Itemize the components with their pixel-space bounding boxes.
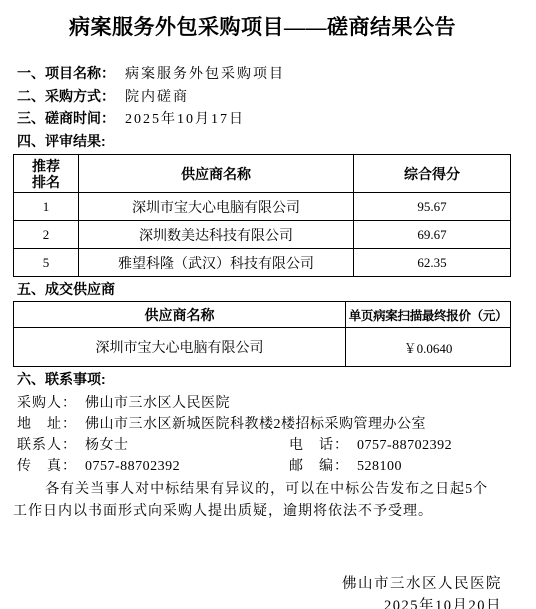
address-row: 地 址： 佛山市三水区新城医院科教楼2楼招标采购管理办公室 — [17, 414, 512, 435]
project-name-label: 一、项目名称： — [17, 63, 115, 85]
fax-label: 传 真： — [17, 456, 77, 477]
supplier-cell: 雅望科隆（武汉）科技有限公司 — [79, 249, 354, 277]
rank-cell: 5 — [14, 249, 79, 277]
buyer-label: 采购人： — [17, 393, 77, 414]
objection-notice: 各有关当事人对中标结果有异议的，可以在中标公告发布之日起5个 工作日内以书面形式… — [13, 479, 512, 523]
objection-notice-line2: 工作日内以书面形式向采购人提出质疑，逾期将依法不予受理。 — [13, 501, 512, 523]
contact-info: 采购人： 佛山市三水区人民医院 地 址： 佛山市三水区新城医院科教楼2楼招标采购… — [13, 393, 512, 477]
signature-org: 佛山市三水区人民医院 — [13, 573, 502, 595]
project-name-line: 一、项目名称： 病案服务外包采购项目 — [13, 63, 512, 86]
address-value: 佛山市三水区新城医院科教楼2楼招标采购管理办公室 — [85, 414, 426, 435]
buyer-value: 佛山市三水区人民医院 — [85, 393, 230, 414]
review-table-header-row: 推荐 排名 供应商名称 综合得分 — [14, 155, 511, 193]
award-supplier-header-cell: 供应商名称 — [14, 302, 346, 328]
objection-notice-line1: 各有关当事人对中标结果有异议的，可以在中标公告发布之日起5个 — [13, 479, 512, 501]
review-table-row-2: 2 深圳数美达科技有限公司 69.67 — [14, 221, 511, 249]
page-title: 病案服务外包采购项目——磋商结果公告 — [13, 14, 512, 41]
negotiation-date-line: 三、磋商时间： 2025年10月17日 — [13, 108, 512, 131]
phone-label: 电 话： — [289, 435, 349, 456]
info-list: 一、项目名称： 病案服务外包采购项目 二、采购方式： 院内磋商 三、磋商时间： … — [13, 63, 512, 152]
review-table-row-3: 5 雅望科隆（武汉）科技有限公司 62.35 — [14, 249, 511, 277]
rank-header-cell: 推荐 排名 — [14, 155, 79, 193]
fax-value: 0757-88702392 — [85, 456, 180, 477]
purchase-method-value: 院内磋商 — [125, 87, 189, 109]
fax-zip-row: 传 真： 0757-88702392 邮 编： 528100 — [17, 456, 512, 477]
negotiation-date-value: 2025年10月17日 — [125, 109, 245, 131]
zip-group: 邮 编： 528100 — [289, 456, 402, 477]
person-phone-row: 联系人： 杨女士 电 话： 0757-88702392 — [17, 435, 512, 456]
announcement-page: 病案服务外包采购项目——磋商结果公告 一、项目名称： 病案服务外包采购项目 二、… — [0, 0, 536, 609]
zip-value: 528100 — [357, 456, 402, 477]
phone-group: 电 话： 0757-88702392 — [289, 435, 452, 456]
award-supplier-cell: 深圳市宝大心电脑有限公司 — [14, 328, 346, 367]
supplier-cell: 深圳市宝大心电脑有限公司 — [79, 193, 354, 221]
buyer-row: 采购人： 佛山市三水区人民医院 — [17, 393, 512, 414]
purchase-method-line: 二、采购方式： 院内磋商 — [13, 86, 512, 109]
project-name-value: 病案服务外包采购项目 — [125, 64, 285, 86]
award-supplier-table: 供应商名称 单页病案扫描最终报价（元） 深圳市宝大心电脑有限公司 ￥0.0640 — [13, 301, 511, 367]
review-result-table: 推荐 排名 供应商名称 综合得分 1 深圳市宝大心电脑有限公司 95.67 2 … — [13, 154, 511, 277]
rank-cell: 1 — [14, 193, 79, 221]
award-price-header-cell: 单页病案扫描最终报价（元） — [346, 302, 511, 328]
signature-date: 2025年10月20日 — [13, 595, 502, 609]
zip-label: 邮 编： — [289, 456, 349, 477]
award-section-heading: 五、成交供应商 — [13, 280, 512, 299]
contact-section-heading: 六、联系事项: — [13, 370, 512, 389]
supplier-cell: 深圳数美达科技有限公司 — [79, 221, 354, 249]
review-table-row-1: 1 深圳市宝大心电脑有限公司 95.67 — [14, 193, 511, 221]
award-table-row-1: 深圳市宝大心电脑有限公司 ￥0.0640 — [14, 328, 511, 367]
rank-header-line1: 推荐 — [16, 158, 76, 174]
rank-header-line2: 排名 — [16, 174, 76, 190]
negotiation-date-label: 三、磋商时间： — [17, 108, 115, 130]
person-group: 联系人： 杨女士 — [17, 435, 289, 456]
person-label: 联系人： — [17, 435, 77, 456]
address-label: 地 址： — [17, 414, 77, 435]
purchase-method-label: 二、采购方式： — [17, 86, 115, 108]
person-value: 杨女士 — [85, 435, 129, 456]
score-cell: 62.35 — [354, 249, 511, 277]
review-result-label: 四、评审结果: — [17, 131, 106, 153]
award-table-header-row: 供应商名称 单页病案扫描最终报价（元） — [14, 302, 511, 328]
review-result-line: 四、评审结果: — [13, 131, 512, 153]
rank-cell: 2 — [14, 221, 79, 249]
score-header-cell: 综合得分 — [354, 155, 511, 193]
score-cell: 69.67 — [354, 221, 511, 249]
fax-group: 传 真： 0757-88702392 — [17, 456, 289, 477]
award-price-cell: ￥0.0640 — [346, 328, 511, 367]
supplier-header-cell: 供应商名称 — [79, 155, 354, 193]
score-cell: 95.67 — [354, 193, 511, 221]
signature-block: 佛山市三水区人民医院 2025年10月20日 — [13, 573, 512, 609]
phone-value: 0757-88702392 — [357, 435, 452, 456]
